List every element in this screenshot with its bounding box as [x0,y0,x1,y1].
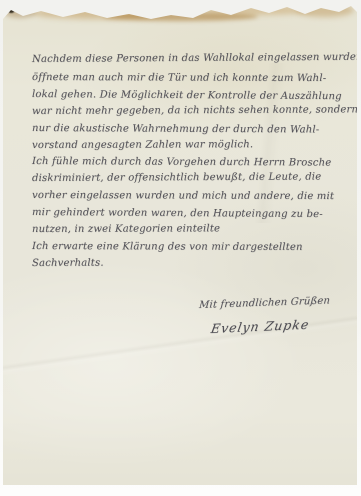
handwriting-line: Sachverhalts. [32,258,104,270]
paper-stain [296,3,354,17]
letter-closing: Mit freundlichen Grüßen [199,295,331,312]
handwriting-line: nutzen, in zwei Kategorien einteilte [32,223,220,236]
handwriting-line: diskriminiert, der offensichtlich bewußt… [32,171,321,185]
scanned-letter-page: Nachdem diese Personen in das Wahllokal … [0,0,361,496]
paper-stain [203,5,313,15]
paper-stain [3,5,37,18]
handwriting-line: war nicht mehr gegeben, da ich nichts se… [32,104,358,118]
paper-stain [33,7,163,19]
letter-paper: Nachdem diese Personen in das Wahllokal … [3,3,357,485]
handwriting-line: Ich fühle mich durch das Vorgehen durch … [32,156,331,170]
handwriting-line: öffnete man auch mir die Tür und ich kon… [32,72,326,85]
handwriting-line: Ich erwarte eine Klärung des von mir dar… [32,241,303,254]
paper-stain [103,12,258,21]
staple-mark [8,6,15,13]
letter-signature: Evelyn Zupke [210,319,310,335]
handwriting-line: Nachdem diese Personen in das Wahllokal … [32,52,361,66]
handwriting-line: mir gehindert worden waren, den Hauptein… [32,207,323,221]
handwriting-line: lokal gehen. Die Möglichkeit der Kontrol… [32,89,342,103]
handwriting-line: vorstand angesagten Zahlen war möglich. [32,139,253,152]
handwriting-line: nur die akustische Wahrnehmung der durch… [32,123,319,137]
handwriting-line: vorher eingelassen wurden und mich und a… [32,190,334,203]
